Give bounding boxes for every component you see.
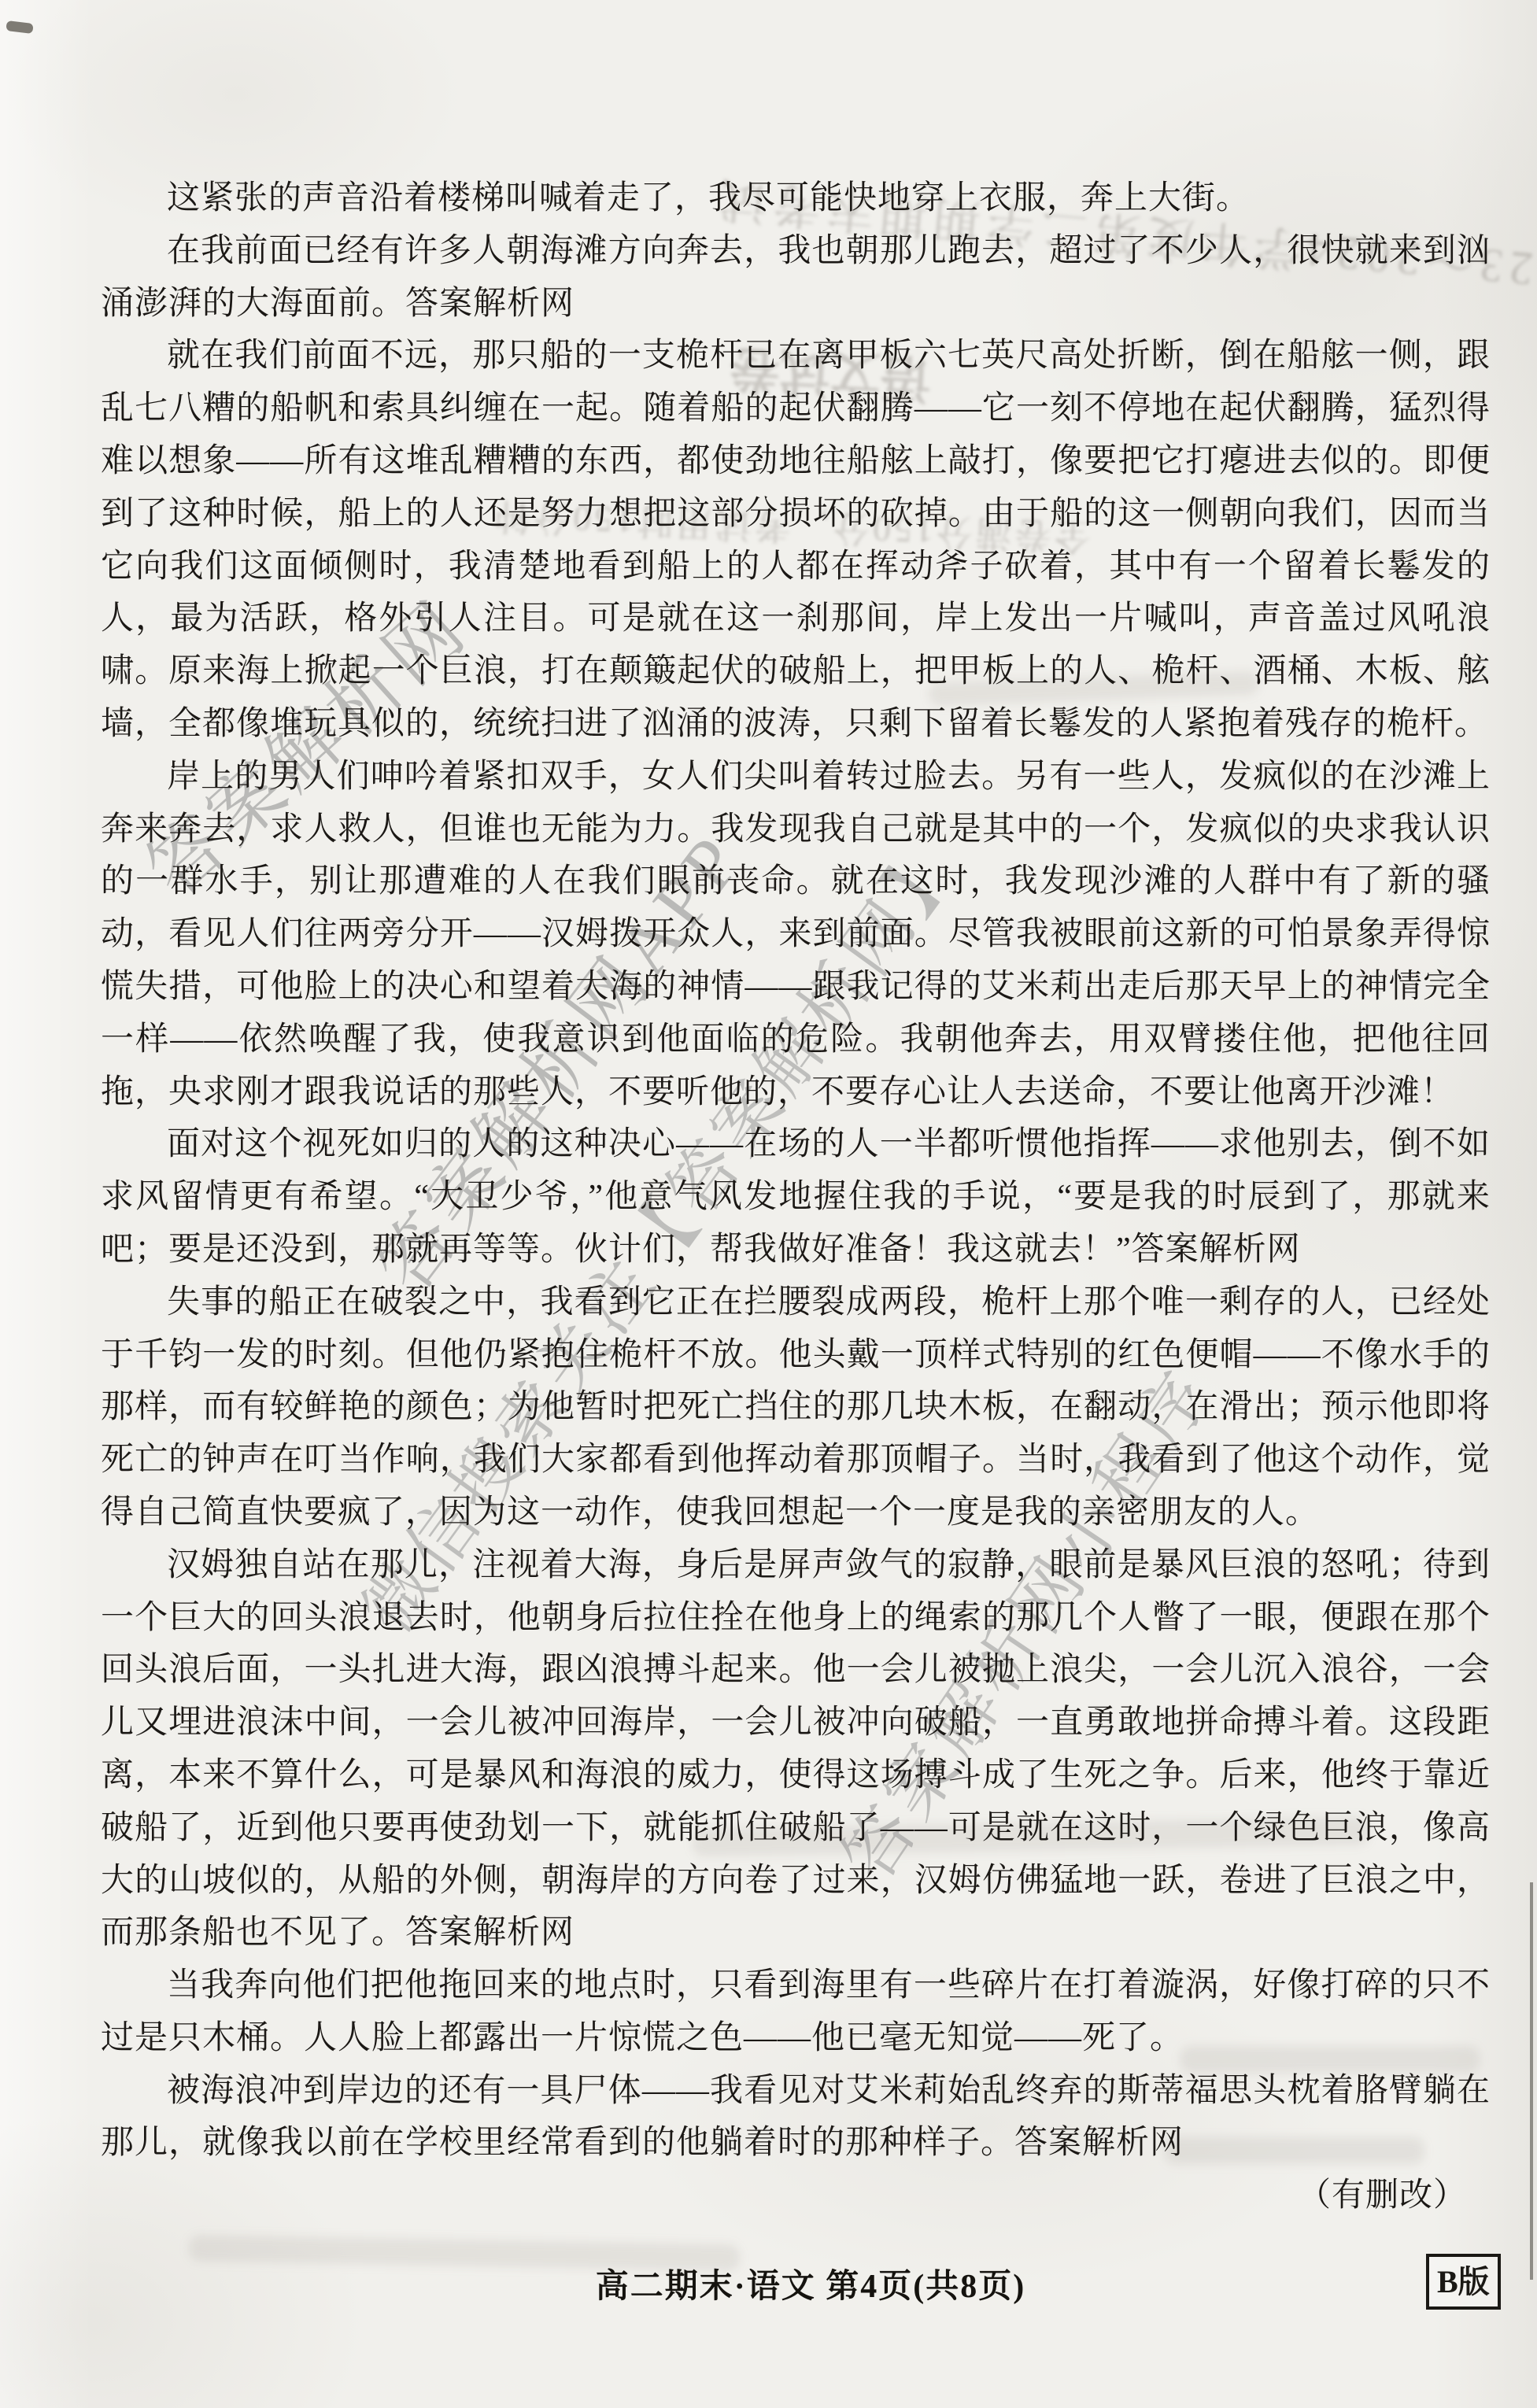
- attribution-note: （有删改）: [101, 2170, 1491, 2222]
- paragraph-2: 在我前面已经有许多人朝海滩方向奔去，我也朝那儿跑去，超过了不少人，很快就来到汹涌…: [101, 225, 1491, 331]
- paragraph-1: 这紧张的声音沿着楼梯叫喊着走了，我尽可能快地穿上衣服，奔上大街。: [101, 172, 1491, 225]
- paragraph-7: 汉姆独自站在那儿，注视着大海，身后是屏声敛气的寂静，眼前是暴风巨浪的怒吼；待到一…: [101, 1539, 1491, 1959]
- paragraph-9: 被海浪冲到岸边的还有一具尸体——我看见对艾米莉始乱终弃的斯蒂福思头枕着胳臂躺在那…: [101, 2065, 1491, 2170]
- page-footer: 高二期末·语文 第4页(共8页): [596, 2260, 1025, 2307]
- paragraph-3: 就在我们前面不远，那只船的一支桅杆已在离甲板六七英尺高处折断，倒在船舷一侧，跟乱…: [101, 330, 1491, 750]
- edition-badge: B版: [1426, 2254, 1501, 2310]
- scan-artifact-right-edge: [1530, 1882, 1533, 2280]
- article-passage: 这紧张的声音沿着楼梯叫喊着走了，我尽可能快地穿上衣服，奔上大街。 在我前面已经有…: [101, 172, 1491, 2222]
- scan-artifact-corner: [6, 20, 33, 34]
- paragraph-4: 岸上的男人们呻吟着紧扣双手，女人们尖叫着转过脸去。另有一些人，发疯似的在沙滩上奔…: [101, 751, 1491, 1119]
- paragraph-6: 失事的船正在破裂之中，我看到它正在拦腰裂成两段，桅杆上那个唯一剩存的人，已经处于…: [101, 1276, 1491, 1539]
- paragraph-8: 当我奔向他们把他拖回来的地点时，只看到海里有一些碎片在打着漩涡，好像打碎的只不过…: [101, 1959, 1491, 2065]
- paragraph-5: 面对这个视死如归的人的这种决心——在场的人一半都听惯他指挥——求他别去，倒不如求…: [101, 1118, 1491, 1276]
- scanned-exam-page: 2023～2024学年度第二学期期末考试 语文试卷 全卷满分150分，考试用时1…: [0, 0, 1537, 2408]
